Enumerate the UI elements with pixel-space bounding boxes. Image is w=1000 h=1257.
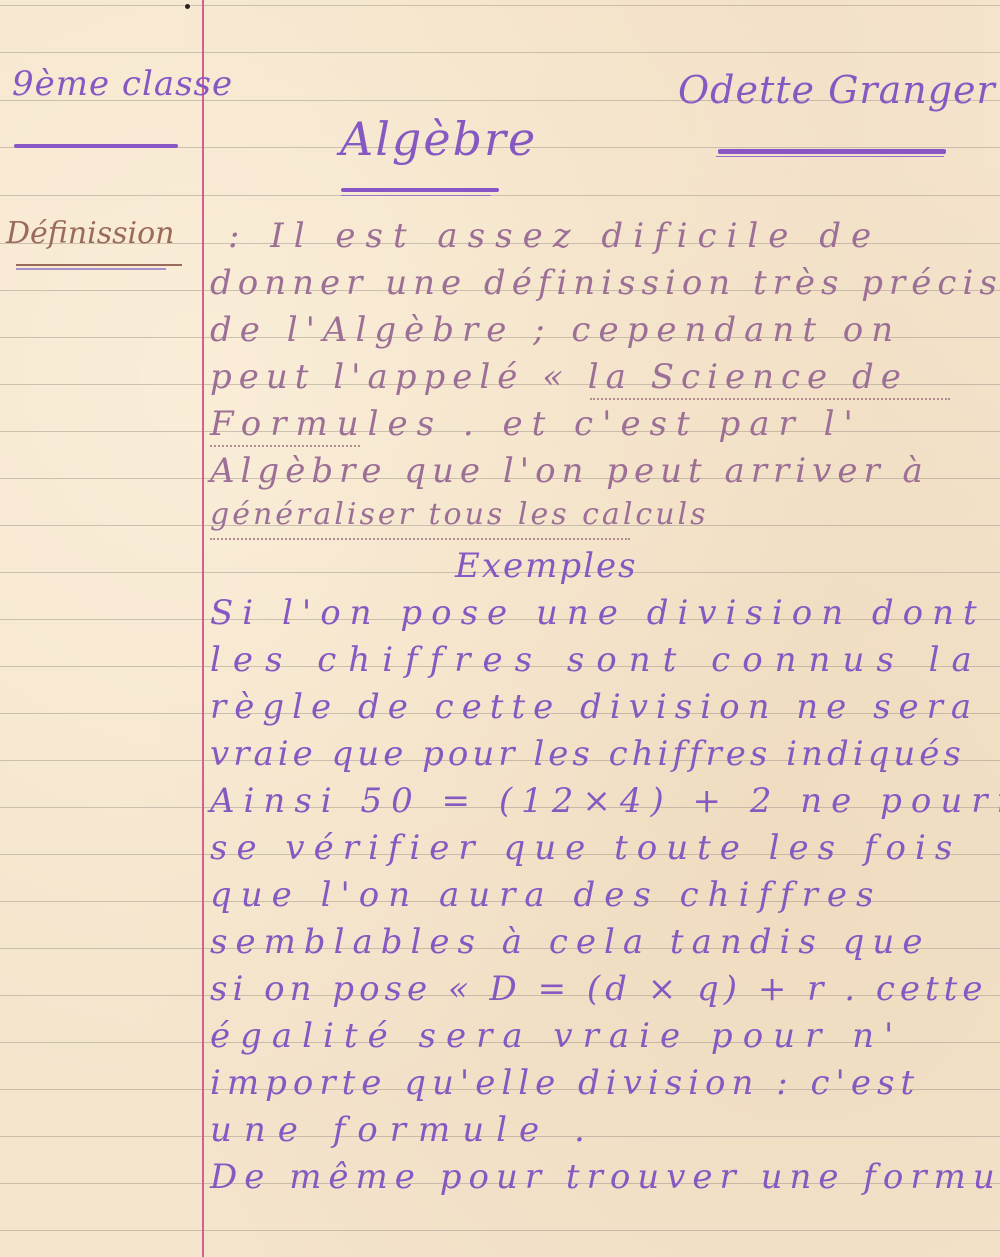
underline-science <box>590 390 950 400</box>
text-line: donner une définission très précise <box>210 263 1000 303</box>
class-label: 9ème classe <box>12 64 233 104</box>
text-line: De même pour trouver une formule <box>210 1157 1000 1197</box>
text-line: de l'Algèbre ; cependant on <box>210 310 901 350</box>
text-line: égalité sera vraie pour n' <box>210 1016 903 1056</box>
underline-generaliser <box>210 530 630 540</box>
text-line: généraliser tous les calculs <box>210 497 709 532</box>
student-name: Odette Granger <box>678 68 996 112</box>
student-name-underline-thin <box>716 156 944 157</box>
rule-line <box>0 5 1000 6</box>
rule-line <box>0 1230 1000 1231</box>
text-line: Ainsi 50 = (12×4) + 2 ne pourra <box>210 781 1000 821</box>
text-line: une formule . <box>210 1110 597 1150</box>
student-name-underline <box>718 149 946 154</box>
text-line: Algèbre que l'on peut arriver à <box>210 451 929 491</box>
title-underline <box>341 188 499 192</box>
notebook-page: 9ème classe Odette Granger Algèbre Défin… <box>0 0 1000 1257</box>
margin-label-underline <box>16 264 182 266</box>
rule-line <box>0 195 1000 196</box>
examples-heading: Exemples <box>455 546 638 586</box>
rule-line <box>0 52 1000 53</box>
text-line: règle de cette division ne sera <box>210 687 979 727</box>
margin-label-underline-violet <box>16 268 166 270</box>
underline-formules <box>210 437 360 447</box>
text-line: si on pose « D = (d × q) + r . cette <box>210 969 987 1009</box>
margin-section-label: Définission <box>6 216 175 251</box>
class-label-underline <box>14 144 178 148</box>
text-line: se vérifier que toute les fois <box>210 828 961 868</box>
text-line: vraie que pour les chiffres indiqués <box>210 734 965 774</box>
margin-line <box>202 0 204 1257</box>
page-title: Algèbre <box>340 112 537 166</box>
text-line: les chiffres sont connus la <box>210 640 984 680</box>
title-underline-thin <box>341 195 491 196</box>
text-line: semblables à cela tandis que <box>210 922 930 962</box>
text-line: importe qu'elle division : c'est <box>210 1063 920 1103</box>
text-line: que l'on aura des chiffres <box>210 875 882 915</box>
text-line: : Il est assez dificile de <box>228 216 881 256</box>
ink-spot <box>185 4 190 9</box>
text-line: Si l'on pose une division dont <box>210 593 986 633</box>
